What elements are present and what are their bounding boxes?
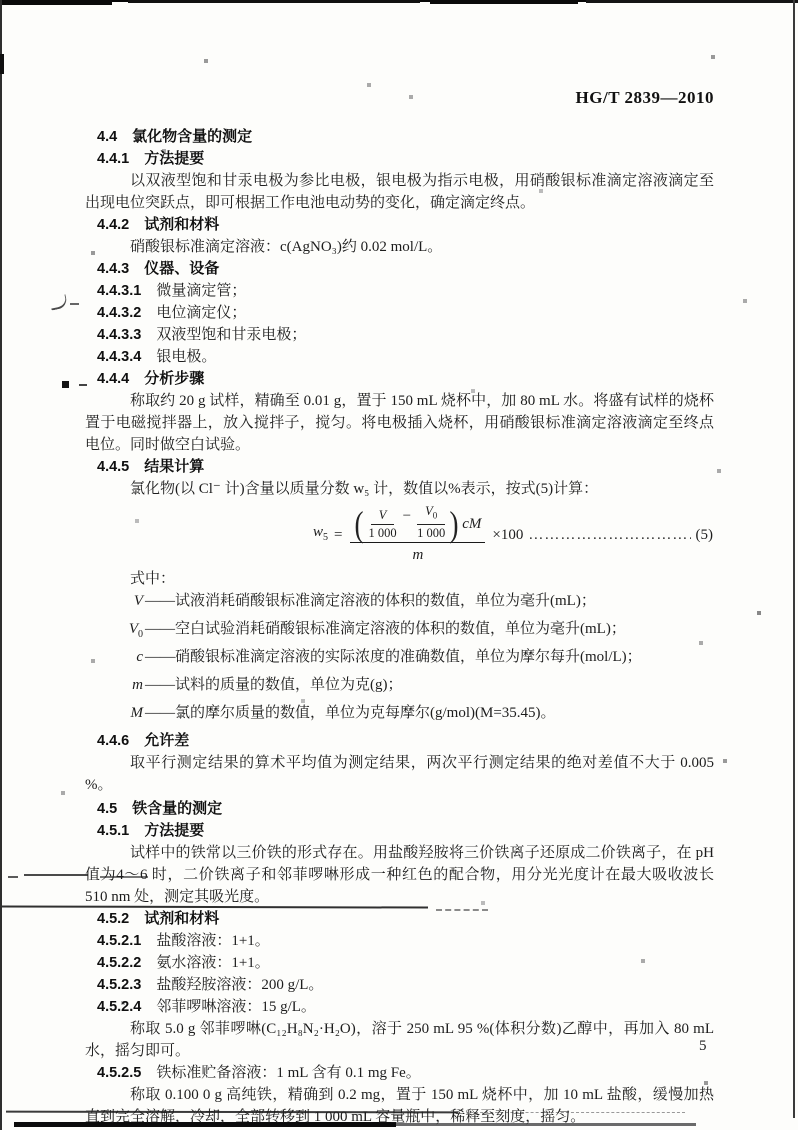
item-text: 邻菲啰啉溶液：15 g/L。 [156,999,316,1015]
symbol: m [85,674,145,702]
scan-artifact-left-edge [0,0,2,1130]
clause-title: 仪器、设备 [144,261,219,277]
scan-artifact-pencil-mark [70,303,79,305]
paragraph-4-4-2: 硝酸银标准滴定溶液：c(AgNO₃)约 0.02 mol/L。 [85,236,714,258]
clause-title: 结果计算 [144,459,204,475]
symbol: c [85,646,145,674]
definition-row-m: m ——试料的质量的数值，单位为克(g)； [85,674,714,702]
clause-number: 4.4.5 [97,459,129,475]
heading-4-4-2: 4.4.2试剂和材料 [97,214,714,236]
heading-4-4-3: 4.4.3仪器、设备 [97,258,714,280]
list-item-4-4-3-2: 4.4.3.2电位滴定仪； [97,302,714,324]
scan-artifact-top-edge [586,0,798,3]
paragraph-4-4-5: 氯化物(以 Cl⁻ 计)含量以质量分数 w₅ 计，数值以%表示，按式(5)计算： [85,478,714,500]
open-paren: ( [355,507,364,541]
scan-artifact-top-edge [430,0,578,4]
clause-number: 4.5 [97,801,117,817]
clause-number: 4.4.1 [97,151,129,167]
item-text: 氨水溶液：1+1。 [156,955,269,971]
minus-sign: − [403,505,411,527]
heading-4-4-6: 4.4.6允许差 [97,730,714,752]
list-item-4-5-2-1: 4.5.2.1盐酸溶液：1+1。 [97,930,714,952]
sub-fraction-v0: V0 1 000 [417,504,445,542]
clause-title: 允许差 [144,733,189,749]
definition-row-V: V ——试液消耗硝酸银标准滴定溶液的体积的数值，单位为毫升(mL)； [85,590,714,618]
scan-artifact-ink-blot [62,381,69,388]
clause-number: 4.5.2.5 [97,1065,141,1081]
item-text: 双液型饱和甘汞电极； [156,327,306,343]
clause-title: 试剂和材料 [144,911,219,927]
close-paren: ) [450,507,459,541]
heading-4-4: 4.4氯化物含量的测定 [97,126,714,148]
clause-title: 氯化物含量的测定 [132,129,252,145]
item-text: 微量滴定管； [156,283,246,299]
scan-artifact-top-edge [0,0,112,5]
paragraph-4-4-1: 以双液型饱和甘汞电极为参比电极，银电极为指示电极，用硝酸银标准滴定溶液滴定至出现… [85,170,714,214]
list-item-4-4-3-4: 4.4.3.4银电极。 [97,346,714,368]
scan-artifact-pencil-dash [8,876,18,878]
page-number: 5 [699,1038,707,1055]
symbol-description: ——氯的摩尔质量的数值，单位为克每摩尔(g/mol)(M=35.45)。 [145,702,714,730]
clause-number: 4.4.3.1 [97,283,141,299]
equation-lhs: w5 [313,521,328,549]
clause-title: 分析步骤 [144,371,204,387]
clause-number: 4.5.1 [97,823,129,839]
paragraph-4-4-6: 取平行测定结果的算术平均值为测定结果，两次平行测定结果的绝对差值不大于 0.00… [85,752,714,796]
item-text: 盐酸羟胺溶液：200 g/L。 [156,977,323,993]
symbol-description: ——空白试验消耗硝酸银标准滴定溶液的体积的数值，单位为毫升(mL)； [145,618,714,646]
symbol-description: ——试液消耗硝酸银标准滴定溶液的体积的数值，单位为毫升(mL)； [145,590,714,618]
symbol: V0 [85,618,145,646]
clause-number: 4.4.3.4 [97,349,141,365]
clause-number: 4.5.2 [97,911,129,927]
clause-number: 4.5.2.4 [97,999,141,1015]
paragraph-4-5-2-5: 称取 0.100 0 g 高纯铁，精确到 0.2 mg，置于 150 mL 烧杯… [85,1084,714,1128]
clause-number: 4.4.6 [97,733,129,749]
clause-number: 4.5.2.3 [97,977,141,993]
fraction-numerator: ( V 1 000 − V0 1 000 ) cM [350,504,485,543]
item-text: 银电极。 [156,349,216,365]
heading-4-4-4: 4.4.4分析步骤 [97,368,714,390]
clause-number: 4.5.2.1 [97,933,141,949]
scan-artifact-pencil-mark [49,294,68,310]
equation-number: (5) [696,524,714,546]
item-text: 电位滴定仪； [156,305,246,321]
fraction-denominator: m [413,543,424,566]
sub-fraction-v: V 1 000 [368,508,396,541]
clause-title: 方法提要 [144,823,204,839]
clause-number: 4.4.3.2 [97,305,141,321]
document-content: 4.4氯化物含量的测定 4.4.1方法提要 以双液型饱和甘汞电极为参比电极，银电… [85,124,714,1128]
list-item-4-4-3-3: 4.4.3.3双液型饱和甘汞电极； [97,324,714,346]
coefficient-cM: cM [462,513,481,535]
list-item-4-5-2-3: 4.5.2.3盐酸羟胺溶液：200 g/L。 [97,974,714,996]
clause-title: 方法提要 [144,151,204,167]
list-item-4-5-2-4: 4.5.2.4邻菲啰啉溶液：15 g/L。 [97,996,714,1018]
clause-number: 4.5.2.2 [97,955,141,971]
scan-artifact-left-edge [0,54,4,74]
scan-artifact-top-edge [128,0,420,3]
heading-4-5: 4.5铁含量的测定 [97,798,714,820]
symbol-description: ——硝酸银标准滴定溶液的实际浓度的准确数值，单位为摩尔每升(mol/L)； [145,646,714,674]
symbol: V [85,590,145,618]
scan-artifact-right-edge [793,0,795,1118]
scan-artifact-top-edge [0,0,798,2]
scan-artifact-speckles [0,0,2,2]
definition-row-c: c ——硝酸银标准滴定溶液的实际浓度的准确数值，单位为摩尔每升(mol/L)； [85,646,714,674]
where-label: 式中： [85,568,714,590]
clause-number: 4.4.3.3 [97,327,141,343]
clause-title: 铁含量的测定 [132,801,222,817]
heading-4-5-1: 4.5.1方法提要 [97,820,714,842]
heading-4-4-1: 4.4.1方法提要 [97,148,714,170]
clause-title: 试剂和材料 [144,217,219,233]
paragraph-4-5-1: 试样中的铁常以三价铁的形式存在。用盐酸羟胺将三价铁离子还原成二价铁离子，在 pH… [85,842,714,908]
heading-4-4-5: 4.4.5结果计算 [97,456,714,478]
definition-row-M: M ——氯的摩尔质量的数值，单位为克每摩尔(g/mol)(M=35.45)。 [85,702,714,730]
list-item-4-4-3-1: 4.4.3.1微量滴定管； [97,280,714,302]
list-item-4-5-2-5: 4.5.2.5铁标准贮备溶液：1 mL 含有 0.1 mg Fe。 [97,1062,714,1084]
scan-artifact-pencil-dash [24,874,88,876]
paragraph-4-5-2-4: 称取 5.0 g 邻菲啰啉(C₁₂H₈N₂·H₂O)，溶于 250 mL 95 … [85,1018,714,1062]
item-text: 盐酸溶液：1+1。 [156,933,269,949]
clause-number: 4.4.2 [97,217,129,233]
definition-row-V0: V0 ——空白试验消耗硝酸银标准滴定溶液的体积的数值，单位为毫升(mL)； [85,618,714,646]
clause-number: 4.4 [97,129,117,145]
item-text: 铁标准贮备溶液：1 mL 含有 0.1 mg Fe。 [156,1065,420,1081]
equals-sign: = [334,524,342,546]
symbol: M [85,702,145,730]
times-100: ×100 [492,524,523,546]
heading-4-5-2: 4.5.2试剂和材料 [97,908,714,930]
clause-number: 4.4.4 [97,371,129,387]
paragraph-4-4-4: 称取约 20 g 试样，精确至 0.01 g，置于 150 mL 烧杯中，加 8… [85,390,714,456]
standard-code: HG/T 2839—2010 [494,88,714,108]
scanned-standard-page: { "header": { "code": "HG/T 2839—2010" }… [0,0,798,1130]
symbol-description: ——试料的质量的数值，单位为克(g)； [145,674,714,702]
clause-number: 4.4.3 [97,261,129,277]
equation-fraction: ( V 1 000 − V0 1 000 ) cM m [350,504,485,567]
equation-5: w5 = ( V 1 000 − V0 1 000 ) cM m ×100 ……… [85,506,714,564]
dot-leader: ………………………………………… [528,524,690,546]
list-item-4-5-2-2: 4.5.2.2氨水溶液：1+1。 [97,952,714,974]
